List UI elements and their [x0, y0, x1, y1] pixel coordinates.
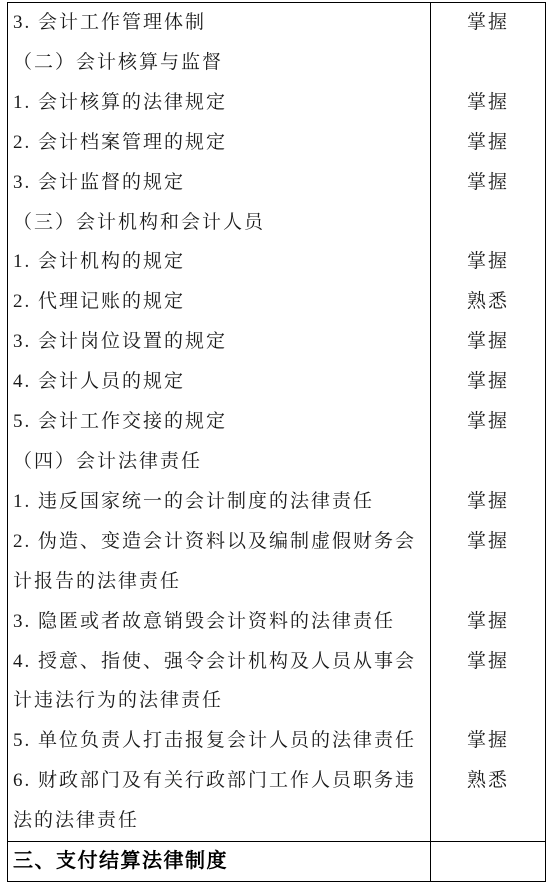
document-page: 3. 会计工作管理体制掌握（二）会计核算与监督1. 会计核算的法律规定掌握2. … — [0, 0, 553, 886]
table-row: （三）会计机构和会计人员 — [8, 203, 545, 243]
table-row: 4. 会计人员的规定掌握 — [8, 362, 545, 402]
table-row: 1. 违反国家统一的会计制度的法律责任掌握 — [8, 482, 545, 522]
level-cell — [430, 43, 545, 83]
content-cell: 3. 隐匿或者故意销毁会计资料的法律责任 — [8, 602, 430, 642]
table-row: 5. 单位负责人打击报复会计人员的法律责任掌握 — [8, 721, 545, 761]
table-row: 3. 会计监督的规定掌握 — [8, 163, 545, 203]
level-cell: 掌握 — [430, 3, 545, 43]
table-row: 5. 会计工作交接的规定掌握 — [8, 402, 545, 442]
content-cell: 6. 财政部门及有关行政部门工作人员职务违法的法律责任 — [8, 761, 430, 841]
level-cell: 掌握 — [430, 402, 545, 442]
table-body: 3. 会计工作管理体制掌握（二）会计核算与监督1. 会计核算的法律规定掌握2. … — [8, 3, 545, 881]
table-row: （四）会计法律责任 — [8, 442, 545, 482]
content-cell: （四）会计法律责任 — [8, 442, 430, 482]
content-cell: 1. 会计机构的规定 — [8, 242, 430, 282]
level-cell: 掌握 — [430, 362, 545, 402]
level-cell — [430, 442, 545, 482]
level-cell: 掌握 — [430, 163, 545, 203]
level-cell: 掌握 — [430, 242, 545, 282]
content-cell: 3. 会计监督的规定 — [8, 163, 430, 203]
content-cell: 2. 代理记账的规定 — [8, 282, 430, 322]
syllabus-table: 3. 会计工作管理体制掌握（二）会计核算与监督1. 会计核算的法律规定掌握2. … — [7, 2, 546, 882]
table-row: 2. 代理记账的规定熟悉 — [8, 282, 545, 322]
table-row: 1. 会计机构的规定掌握 — [8, 242, 545, 282]
table-row: 3. 会计岗位设置的规定掌握 — [8, 322, 545, 362]
content-cell: 4. 会计人员的规定 — [8, 362, 430, 402]
level-cell: 掌握 — [430, 83, 545, 123]
table-row: 2. 伪造、变造会计资料以及编制虚假财务会计报告的法律责任掌握 — [8, 522, 545, 602]
content-cell: 1. 违反国家统一的会计制度的法律责任 — [8, 482, 430, 522]
table-row: 2. 会计档案管理的规定掌握 — [8, 123, 545, 163]
level-cell: 掌握 — [430, 482, 545, 522]
content-cell: （二）会计核算与监督 — [8, 43, 430, 83]
level-cell — [430, 842, 545, 881]
content-cell: 4. 授意、指使、强令会计机构及人员从事会计违法行为的法律责任 — [8, 642, 430, 722]
table-row-chapter: 三、支付结算法律制度 — [8, 841, 545, 881]
level-cell: 掌握 — [430, 522, 545, 602]
content-cell: 1. 会计核算的法律规定 — [8, 83, 430, 123]
level-cell: 掌握 — [430, 642, 545, 722]
content-cell: 3. 会计工作管理体制 — [8, 3, 430, 43]
table-row: 3. 会计工作管理体制掌握 — [8, 3, 545, 43]
table-row: 4. 授意、指使、强令会计机构及人员从事会计违法行为的法律责任掌握 — [8, 642, 545, 722]
level-cell: 掌握 — [430, 123, 545, 163]
content-cell: 3. 会计岗位设置的规定 — [8, 322, 430, 362]
content-cell: 三、支付结算法律制度 — [8, 842, 430, 881]
content-cell: （三）会计机构和会计人员 — [8, 203, 430, 243]
content-cell: 5. 会计工作交接的规定 — [8, 402, 430, 442]
content-cell: 2. 伪造、变造会计资料以及编制虚假财务会计报告的法律责任 — [8, 522, 430, 602]
level-cell: 掌握 — [430, 322, 545, 362]
content-cell: 5. 单位负责人打击报复会计人员的法律责任 — [8, 721, 430, 761]
table-row: （二）会计核算与监督 — [8, 43, 545, 83]
content-cell: 2. 会计档案管理的规定 — [8, 123, 430, 163]
table-row: 1. 会计核算的法律规定掌握 — [8, 83, 545, 123]
level-cell: 掌握 — [430, 602, 545, 642]
table-row: 3. 隐匿或者故意销毁会计资料的法律责任掌握 — [8, 602, 545, 642]
level-cell: 掌握 — [430, 721, 545, 761]
table-row: 6. 财政部门及有关行政部门工作人员职务违法的法律责任熟悉 — [8, 761, 545, 841]
level-cell: 熟悉 — [430, 282, 545, 322]
level-cell — [430, 203, 545, 243]
level-cell: 熟悉 — [430, 761, 545, 841]
